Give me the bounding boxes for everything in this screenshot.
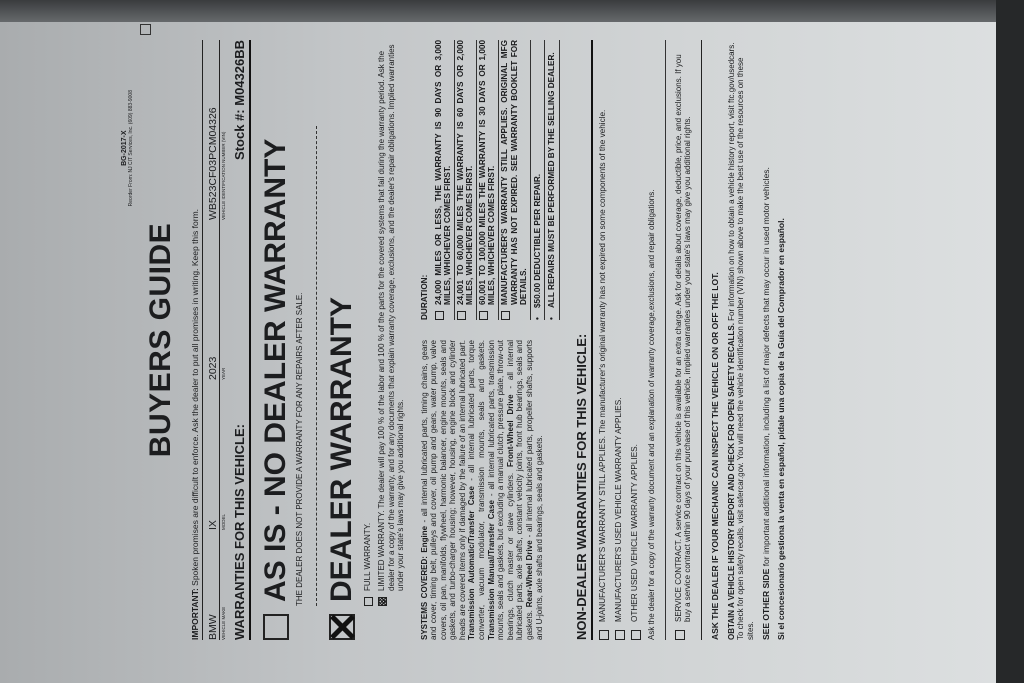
full-warranty-checkbox[interactable] xyxy=(364,597,373,606)
duration-checkbox[interactable] xyxy=(457,311,466,320)
systems-duration-section: SYSTEMS COVERED: Engine - all internal l… xyxy=(420,40,561,640)
spanish-notice: Si el concesionario gestiona la venta en… xyxy=(776,40,786,640)
divider-dashed xyxy=(316,126,317,606)
warranties-heading: WARRANTIES FOR THIS VEHICLE: xyxy=(232,424,247,640)
duration-heading: DURATION: xyxy=(420,40,429,320)
vehicle-year-field: 2023 YEAR xyxy=(207,220,226,380)
vehicle-model-field: IX MODEL xyxy=(207,380,226,530)
ask-mechanic-text: ASK THE DEALER IF YOUR MECHANIC CAN INSP… xyxy=(710,40,720,640)
non-dealer-option: OTHER USED VEHICLE WARRANTY APPLIES. xyxy=(630,40,641,640)
non-dealer-heading: NON-DEALER WARRANTIES FOR THIS VEHICLE: xyxy=(574,40,593,640)
duration-option: 24,001 TO 60,000 MILES THE WARRANTY IS 6… xyxy=(455,40,477,320)
as-is-subtitle: THE DEALER DOES NOT PROVIDE A WARRANTY F… xyxy=(295,40,304,606)
form-number-block: BG-2017-X Reorder From: NJ CIT Services,… xyxy=(122,90,134,206)
limited-warranty-option: LIMITED WARRANTY. The dealer will pay 10… xyxy=(377,40,406,606)
duration-checkbox[interactable] xyxy=(501,311,510,320)
stock-number: Stock #: M04326BB xyxy=(232,40,247,160)
important-label: IMPORTANT: xyxy=(190,588,200,640)
vehicle-history-text: OBTAIN A VEHICLE HISTORY REPORT AND CHEC… xyxy=(727,40,756,640)
duration-option: 24,000 MILES OR LESS, THE WARRANTY IS 90… xyxy=(433,40,455,320)
corner-checkbox[interactable] xyxy=(140,24,151,35)
vehicle-info-row: BMW VEHICLE MAKE IX MODEL 2023 YEAR WB52… xyxy=(207,40,226,640)
buyers-guide-form: BG-2017-X Reorder From: NJ CIT Services,… xyxy=(116,50,956,650)
vin-field: WB523CF03PCM04326 VEHICLE IDENTIFICATION… xyxy=(207,40,226,220)
warranties-heading-row: WARRANTIES FOR THIS VEHICLE: Stock #: M0… xyxy=(232,40,251,640)
service-contract-option: SERVICE CONTRACT. A service contract on … xyxy=(674,40,702,640)
non-dealer-checkbox[interactable] xyxy=(631,630,641,640)
non-dealer-option: MANUFACTURER'S USED VEHICLE WARRANTY APP… xyxy=(614,40,625,640)
as-is-title: AS IS - NO DEALER WARRANTY xyxy=(259,139,293,602)
dealer-warranty-option: DEALER WARRANTY xyxy=(325,40,359,640)
duration-option: MANUFACTURER'S WARRANTY STILL APPLIES. O… xyxy=(499,40,531,320)
vehicle-make-field: BMW VEHICLE MAKE xyxy=(207,530,226,640)
duration-checkbox[interactable] xyxy=(435,311,444,320)
bullet-icon: • xyxy=(533,308,543,320)
duration-note: • ALL REPAIRS MUST BE PERFORMED BY THE S… xyxy=(545,40,560,320)
dealer-warranty-title: DEALER WARRANTY xyxy=(325,297,359,602)
non-dealer-checkbox[interactable] xyxy=(599,630,609,640)
dealer-warranty-checkbox[interactable] xyxy=(329,614,355,640)
important-text: Spoken promises are difficult to enforce… xyxy=(190,209,200,586)
background-right-edge xyxy=(996,0,1024,683)
full-warranty-option: FULL WARRANTY. xyxy=(363,40,373,606)
see-other-side-text: SEE OTHER SIDE for important additional … xyxy=(761,40,771,640)
limited-warranty-checkbox[interactable] xyxy=(378,597,387,606)
bullet-icon: • xyxy=(547,308,557,320)
ask-copy-text: Ask the dealer for a copy of the warrant… xyxy=(647,40,666,640)
duration-note: • $50.00 DEDUCTIBLE PER REPAIR. xyxy=(531,40,546,320)
duration-option: 60,001 TO 100,000 MILES THE WARRANTY IS … xyxy=(477,40,499,320)
duration-checkbox[interactable] xyxy=(479,311,488,320)
systems-covered: SYSTEMS COVERED: Engine - all internal l… xyxy=(420,320,561,640)
service-contract-checkbox[interactable] xyxy=(675,630,685,640)
important-notice: IMPORTANT: Spoken promises are difficult… xyxy=(190,40,203,640)
as-is-option: AS IS - NO DEALER WARRANTY xyxy=(259,40,293,640)
reorder-line: Reorder From: NJ CIT Services, Inc. (609… xyxy=(128,90,134,206)
non-dealer-option: MANUFACTURER'S WARRANTY STILL APPLIES. T… xyxy=(598,40,609,640)
non-dealer-checkbox[interactable] xyxy=(615,630,625,640)
as-is-checkbox[interactable] xyxy=(263,614,289,640)
duration-column: DURATION: 24,000 MILES OR LESS, THE WARR… xyxy=(420,40,561,320)
